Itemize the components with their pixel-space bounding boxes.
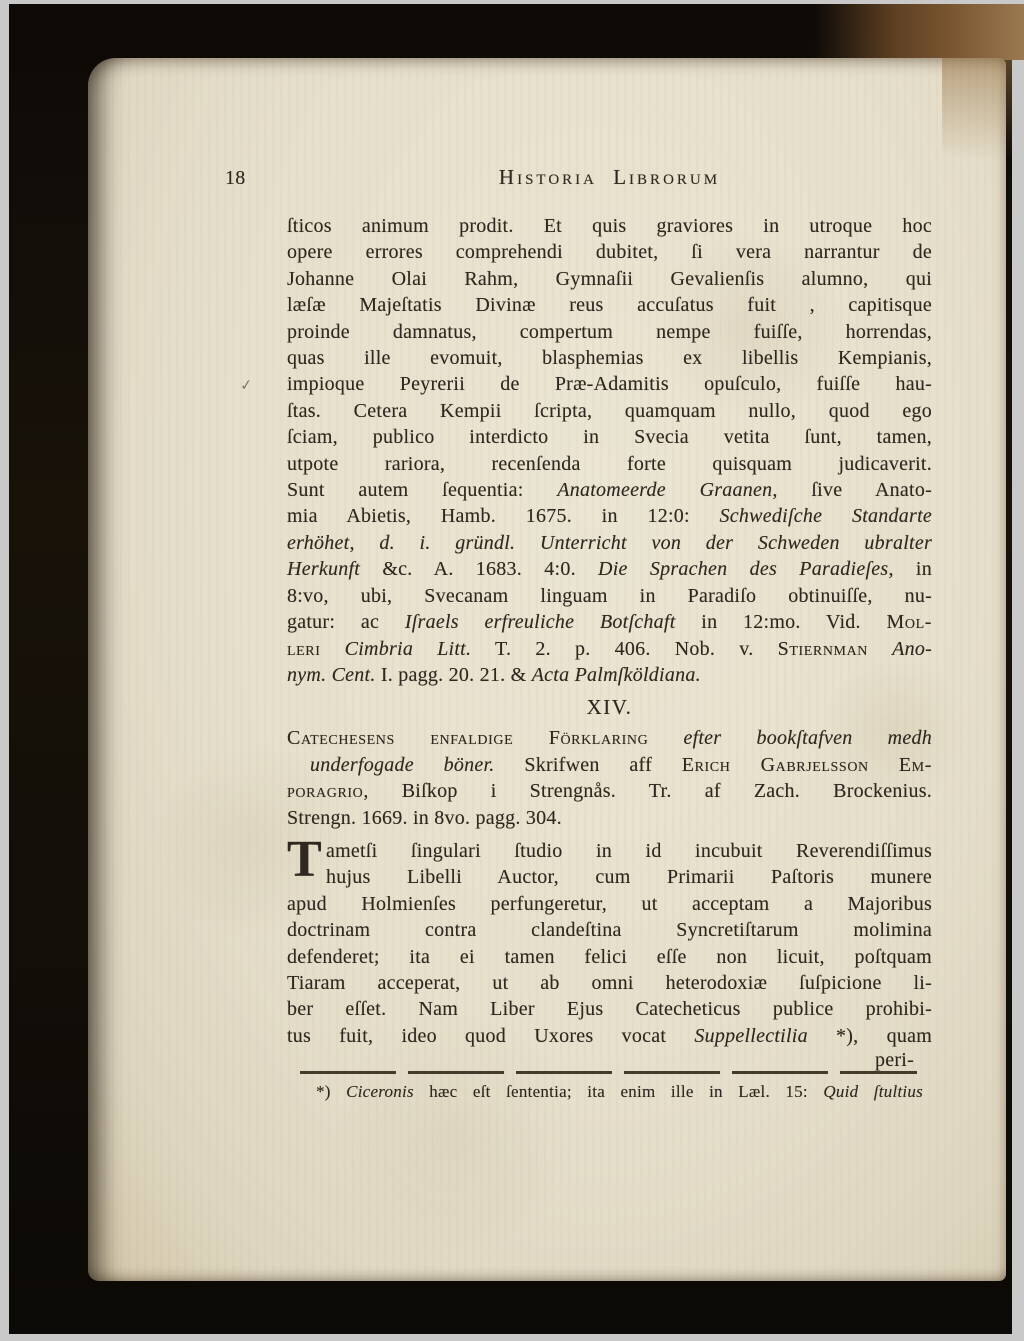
text-line: hujus Libelli Auctor, cum Primarii Paſto… — [287, 864, 932, 890]
text-line: ber eſſet. Nam Liber Ejus Catecheticus p… — [287, 996, 932, 1022]
page-corner-shadow — [942, 58, 1012, 178]
catchword: peri- — [287, 1049, 932, 1071]
text-line: læſæ Majeſtatis Divinæ reus accuſatus fu… — [287, 292, 932, 318]
paragraph-1: ſticos animum prodit. Et quis graviores … — [287, 213, 932, 688]
text-line: proinde damnatus, compertum nempe fuiſſe… — [287, 319, 932, 345]
text-line: ſciam, publico interdicto in Svecia veti… — [287, 424, 932, 450]
text-line: mia Abietis, Hamb. 1675. in 12:0: Schwed… — [287, 503, 932, 529]
text-line: defenderet; ita ei tamen felici eſſe non… — [287, 944, 932, 970]
text-line: Catechesens enfaldige Förklaring efter b… — [287, 725, 932, 751]
text-line: ſtas. Cetera Kempii ſcripta, quamquam nu… — [287, 398, 932, 424]
page-number: 18 — [225, 165, 246, 191]
text-line: leri Cimbria Litt. T. 2. p. 406. Nob. v.… — [287, 636, 932, 662]
book-cover-edge — [814, 4, 1024, 60]
text-line: impioque Peyrerii de Præ-Adamitis opuſcu… — [287, 371, 932, 397]
text-line: Herkunft &c. A. 1683. 4:0. Die Sprachen … — [287, 556, 932, 582]
bibliographic-entry: Catechesens enfaldige Förklaring efter b… — [287, 725, 932, 831]
text-line: gatur: ac Iſraels erfreuliche Botſchaft … — [287, 609, 932, 635]
text-line: underfogade böner. Skrifwen aff Erich Ga… — [287, 752, 932, 778]
text-line: Sunt autem ſequentia: Anatomeerde Graane… — [287, 477, 932, 503]
text-line: nym. Cent. I. pagg. 20. 21. & Acta Palmſ… — [287, 662, 932, 688]
text-line: Strengn. 1669. in 8vo. pagg. 304. — [287, 805, 932, 831]
running-title: Historia Librorum — [499, 165, 720, 189]
text-line: tus fuit, ideo quod Uxores vocat Suppell… — [287, 1023, 932, 1049]
text-line: 8:vo, ubi, Svecanam linguam in Paradiſo … — [287, 583, 932, 609]
text-line: Tiaram acceperat, ut ab omni heterodoxiæ… — [287, 970, 932, 996]
text-line: ſticos animum prodit. Et quis graviores … — [287, 213, 932, 239]
footnote-separator — [300, 1071, 917, 1074]
footnote: *) Ciceronis hæc eſt ſententia; ita enim… — [316, 1082, 923, 1102]
scanned-book-page: ✓ 18 Historia Librorum ſticos animum pro… — [0, 0, 1024, 1341]
text-line: poragrio, Biſkop i Strengnås. Tr. af Zac… — [287, 778, 932, 804]
text-line: Johanne Olai Rahm, Gymnaſii Gevalienſis … — [287, 266, 932, 292]
paragraph-2: Tametſi ſingulari ſtudio in id incubuit … — [287, 838, 932, 1049]
page-header: 18 Historia Librorum — [287, 164, 932, 190]
drop-initial: T — [287, 839, 322, 887]
text-block: 18 Historia Librorum ſticos animum prodi… — [287, 164, 932, 1102]
text-line: apud Holmienſes perfungeretur, ut accept… — [287, 891, 932, 917]
text-line: ametſi ſingulari ſtudio in id incubuit R… — [287, 838, 932, 864]
page-paper: ✓ 18 Historia Librorum ſticos animum pro… — [88, 58, 1006, 1281]
margin-checkmark: ✓ — [239, 375, 253, 395]
text-line: opere errores comprehendi dubitet, ſi ve… — [287, 239, 932, 265]
text-line: erhöhet, d. i. gründl. Unterricht von de… — [287, 530, 932, 556]
text-line: quas ille evomuit, blasphemias ex libell… — [287, 345, 932, 371]
section-heading: XIV. — [287, 694, 932, 720]
text-line: doctrinam contra clandeſtina Syncretiſta… — [287, 917, 932, 943]
text-line: utpote rariora, recenſenda forte quisqua… — [287, 451, 932, 477]
